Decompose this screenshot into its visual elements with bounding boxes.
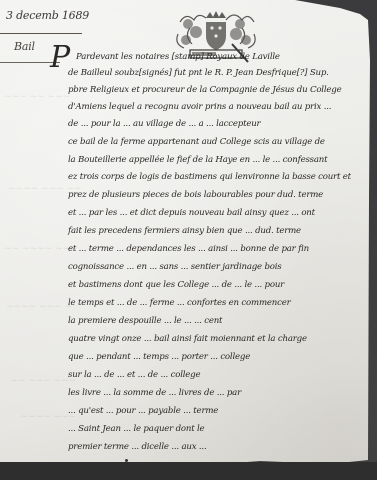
- margin-note: Bail: [14, 40, 35, 53]
- manuscript-line: les livre ... la somme de ... livres de …: [68, 388, 241, 398]
- manuscript-line: la premiere despouille ... le ... ... ce…: [68, 316, 222, 326]
- scan-background-edge: [0, 462, 377, 480]
- manuscript-line: de Bailleul soubz[signés] fut pnt le R. …: [68, 68, 329, 78]
- manuscript-line: premier terme ... dicelle ... aux ...: [68, 442, 206, 452]
- manuscript-line: de ... pour la ... au village de ... a .…: [68, 119, 260, 129]
- date-heading: 3 decemb 1689: [6, 9, 89, 22]
- bleed-through-text: ~~~ ~~ ~~~: [4, 92, 70, 102]
- manuscript-line: la Bouteillerie appellée le fief de la H…: [68, 155, 327, 165]
- manuscript-line: cognoissance ... en ... sans ... sentier…: [68, 262, 282, 272]
- manuscript-line: ... qu'est ... pour ... payable ... term…: [68, 406, 218, 416]
- manuscript-line: et ... par les ... et dict depuis nouvea…: [68, 208, 315, 218]
- manuscript-line: pbre Religieux et procureur de la Compag…: [68, 85, 341, 95]
- manuscript-line: fait les precedens fermiers ainsy bien q…: [68, 226, 301, 236]
- bleed-through-text: ~~ ~~~ ~~~: [10, 376, 76, 386]
- manuscript-line: Pardevant les notaires [stamp] Royaux de…: [76, 52, 280, 62]
- manuscript-line: que ... pendant ... temps ... porter ...…: [68, 352, 250, 362]
- manuscript-line: ez trois corps de logis de bastimens qui…: [68, 172, 351, 182]
- manuscript-line: et bastimens dont que les College ... de…: [68, 280, 284, 290]
- manuscript-line: le temps et ... de ... ferme ... confort…: [68, 298, 291, 308]
- manuscript-line: quatre vingt onze ... bail ainsi fait mo…: [68, 334, 307, 344]
- manuscript-line: d'Amiens lequel a recognu avoir prins a …: [68, 102, 331, 112]
- manuscript-line: et ... terme ... dependances les ... ain…: [68, 244, 309, 254]
- scanned-document-page: ~~~ ~~ ~~~ ~~~~ ~~~ ~~ ~~ ~~~~ ~~~ ~~~~ …: [0, 0, 377, 480]
- date-underline: [0, 33, 82, 34]
- manuscript-line: prez de plusieurs pieces de bois laboura…: [68, 190, 323, 200]
- bleed-through-text: ~~ ~~~~ ~~~: [4, 244, 78, 254]
- bleed-through-text: ~~~~ ~~~ ~: [6, 302, 72, 312]
- manuscript-line: sur la ... de ... et ... de ... college: [68, 370, 200, 380]
- manuscript-line: ce bail de la ferme appartenant aud Coll…: [68, 137, 325, 147]
- manuscript-line: ... Saint Jean ... le paquer dont le: [68, 424, 204, 434]
